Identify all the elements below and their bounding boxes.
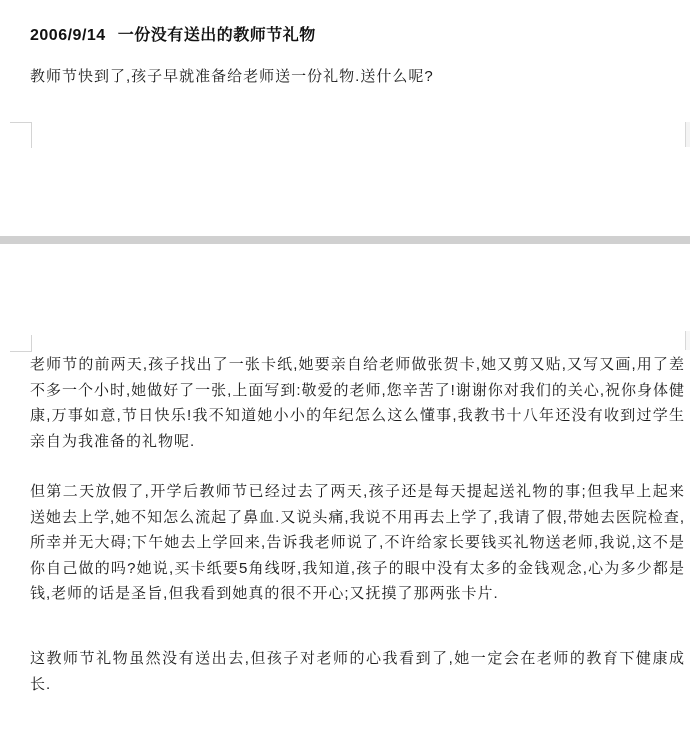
body-paragraph: 老师节的前两天,孩子找出了一张卡纸,她要亲自给老师做张贺卡,她又剪又贴,又写又画… [30,352,685,454]
body-paragraph: 这教师节礼物虽然没有送出去,但孩子对老师的心我看到了,她一定会在老师的教育下健康… [30,646,685,697]
post-title-text: 一份没有送出的教师节礼物 [118,27,316,44]
intro-paragraph: 教师节快到了,孩子早就准备给老师送一份礼物.送什么呢? [30,64,685,89]
post-date: 2006/9/14 [30,27,106,44]
broken-image-corner-top-left-icon [10,122,32,148]
broken-image-corner-bottom-left-icon [10,335,32,352]
post-title: 2006/9/14一份没有送出的教师节礼物 [30,22,316,45]
blog-post-page: 2006/9/14一份没有送出的教师节礼物 教师节快到了,孩子早就准备给老师送一… [0,0,690,731]
body-paragraph: 但第二天放假了,开学后教师节已经过去了两天,孩子还是每天提起送礼物的事;但我早上… [30,479,685,607]
broken-image-corner-top-right-icon [685,122,690,147]
divider-bar [0,236,690,244]
broken-image-corner-bottom-right-icon [685,331,690,350]
